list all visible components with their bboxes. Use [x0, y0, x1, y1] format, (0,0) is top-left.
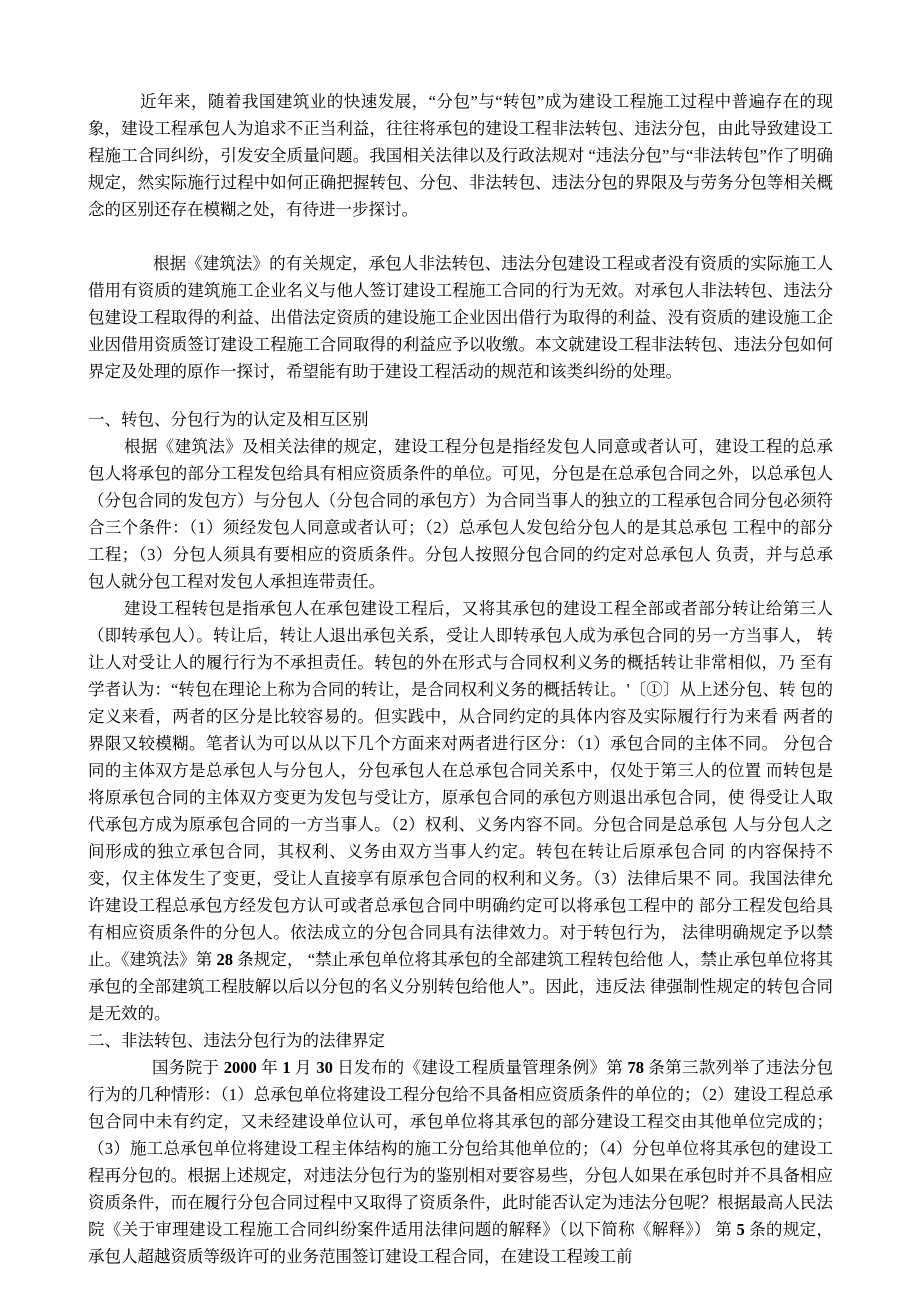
intro-paragraph: 近年来，随着我国建筑业的快速发展，“分包”与“转包”成为建设工程施工过程中普遍存… — [88, 88, 833, 223]
section-1-heading: 一、转包、分包行为的认定及相互区别 — [88, 406, 833, 433]
illegal-subcontract-paragraph: 国务院于 2000 年 1 月 30 日发布的《建设工程质量管理条例》第 78 … — [88, 1054, 833, 1270]
section-2-heading: 二、非法转包、违法分包行为的法律界定 — [88, 1027, 833, 1054]
transfer-definition-paragraph: 建设工程转包是指承包人在承包建设工程后，又将其承包的建设工程全部或者部分转让给第… — [88, 595, 833, 1027]
legal-basis-paragraph: 根据《建筑法》的有关规定，承包人非法转包、违法分包建设工程或者没有资质的实际施工… — [88, 250, 833, 385]
subcontract-definition-paragraph: 根据《建筑法》及相关法律的规定，建设工程分包是指经发包人同意或者认可，建设工程的… — [88, 433, 833, 595]
document-page: 近年来，随着我国建筑业的快速发展，“分包”与“转包”成为建设工程施工过程中普遍存… — [0, 0, 920, 1302]
